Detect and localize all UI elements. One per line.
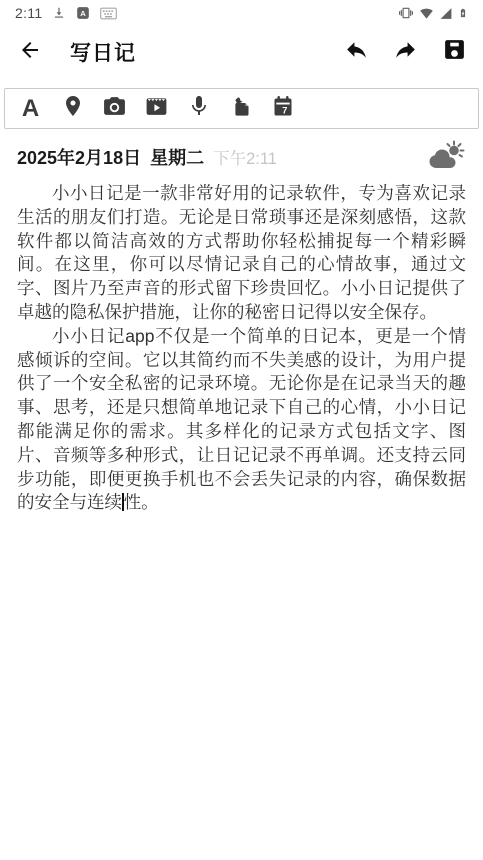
back-button[interactable] bbox=[16, 38, 44, 66]
date-row[interactable]: 2025年2月18日 星期二 下午2:11 bbox=[17, 141, 466, 173]
diary-date: 2025年2月18日 bbox=[17, 144, 141, 170]
format-toolbar: A bbox=[4, 88, 479, 129]
svg-text:A: A bbox=[81, 9, 87, 18]
keyboard-icon bbox=[100, 7, 117, 20]
download-icon bbox=[52, 6, 66, 20]
location-button[interactable] bbox=[60, 96, 85, 121]
battery-charging-icon bbox=[458, 5, 468, 21]
calendar-icon: 7 bbox=[271, 94, 295, 123]
diary-paragraph-1[interactable]: 小小日记是一款非常好用的记录软件，专为喜欢记录生活的朋友们打造。无论是日常琐事还… bbox=[17, 182, 466, 325]
back-arrow-icon bbox=[18, 38, 42, 67]
vibrate-icon bbox=[398, 6, 414, 20]
video-icon bbox=[144, 94, 169, 124]
text-format-icon: A bbox=[22, 97, 39, 121]
paragraph-2-text-after-caret: 性。 bbox=[124, 492, 159, 512]
autofill-a-icon: A bbox=[76, 6, 90, 20]
redo-button[interactable] bbox=[392, 39, 418, 65]
undo-icon bbox=[344, 37, 369, 67]
diary-time: 下午2:11 bbox=[213, 145, 277, 169]
save-icon bbox=[442, 37, 467, 67]
mic-icon bbox=[187, 94, 211, 123]
diary-paragraph-2[interactable]: 小小日记app不仅是一个简单的日记本，更是一个情感倾诉的空间。它以其简约而不失美… bbox=[17, 325, 466, 515]
wifi-icon bbox=[419, 7, 434, 20]
page-title: 写日记 bbox=[70, 37, 136, 67]
camera-icon bbox=[102, 94, 127, 124]
mic-button[interactable] bbox=[186, 96, 211, 121]
save-button[interactable] bbox=[441, 39, 467, 65]
paragraph-2-text-before-caret: 小小日记app不仅是一个简单的日记本，更是一个情感倾诉的空间。它以其简约而不失美… bbox=[17, 326, 466, 513]
diary-weekday: 星期二 bbox=[150, 144, 204, 170]
svg-text:7: 7 bbox=[282, 105, 287, 116]
sticker-button[interactable] bbox=[228, 96, 253, 121]
sticker-icon bbox=[229, 94, 253, 123]
undo-button[interactable] bbox=[343, 39, 369, 65]
status-time: 2:11 bbox=[15, 5, 42, 21]
cell-signal-icon bbox=[439, 7, 453, 20]
video-button[interactable] bbox=[144, 96, 169, 121]
camera-button[interactable] bbox=[102, 96, 127, 121]
weather-button[interactable] bbox=[426, 139, 466, 176]
app-bar: 写日记 bbox=[0, 24, 483, 80]
partly-cloudy-icon bbox=[426, 139, 466, 176]
diary-content[interactable]: 小小日记是一款非常好用的记录软件，专为喜欢记录生活的朋友们打造。无论是日常琐事还… bbox=[17, 182, 466, 515]
text-format-button[interactable]: A bbox=[18, 96, 43, 121]
calendar-button[interactable]: 7 bbox=[270, 96, 295, 121]
status-bar: 2:11 A bbox=[0, 0, 483, 24]
diary-editor[interactable]: 2025年2月18日 星期二 下午2:11 小小日记是一款非 bbox=[0, 141, 483, 515]
location-icon bbox=[61, 94, 85, 123]
redo-icon bbox=[393, 37, 418, 67]
